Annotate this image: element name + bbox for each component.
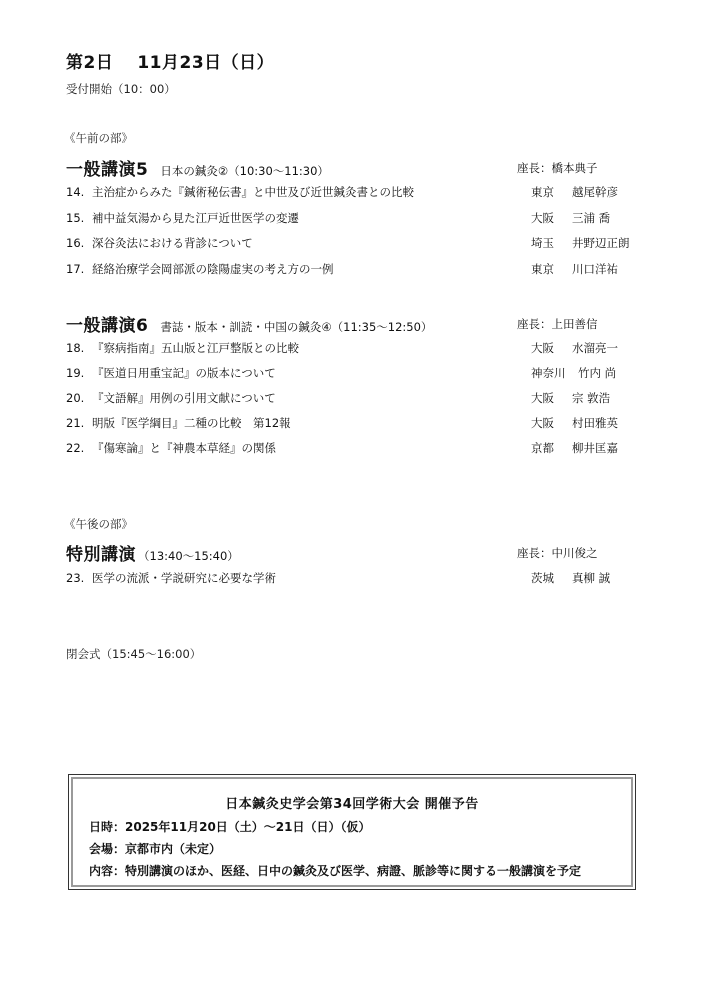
talk-title-text: 主治症からみた『鍼術秘伝書』と中世及び近世鍼灸書との比較 bbox=[92, 185, 414, 199]
notice-inner-frame: 日本鍼灸史学会第34回学術大会 開催予告 日時：2025年11月20日（土）～2… bbox=[71, 777, 633, 887]
talk-title-text: 経絡治療学会岡部派の陰陽虚実の考え方の一例 bbox=[92, 262, 334, 276]
presenter-location: 茨城 bbox=[531, 570, 554, 586]
notice-date: 日時：2025年11月20日（土）～21日（日）（仮） bbox=[89, 818, 371, 835]
session-name: 一般講演5 bbox=[66, 160, 148, 180]
session-5-heading: 一般講演5日本の鍼灸②（10:30～11:30） bbox=[66, 155, 329, 180]
afternoon-part-label: 《午後の部》 bbox=[64, 516, 133, 532]
presenter-name: 宗 敦浩 bbox=[572, 390, 610, 406]
reception-time: 受付開始（10：00） bbox=[66, 81, 176, 97]
talk-title-text: 『文語解』用例の引用文献について bbox=[92, 391, 276, 405]
presenter-name: 越尾幹彦 bbox=[572, 184, 618, 200]
presenter-name: 村田雅英 bbox=[572, 415, 618, 431]
talk-number: 21. bbox=[66, 416, 92, 430]
session-subtitle: 日本の鍼灸②（10:30～11:30） bbox=[160, 164, 329, 178]
next-meeting-notice: 日本鍼灸史学会第34回学術大会 開催予告 日時：2025年11月20日（土）～2… bbox=[68, 774, 636, 890]
presenter-location: 埼玉 bbox=[531, 235, 554, 251]
talk-title: 14.主治症からみた『鍼術秘伝書』と中世及び近世鍼灸書との比較 bbox=[66, 184, 414, 200]
day-heading: 第2日11月23日（日） bbox=[66, 48, 274, 73]
special-lecture-heading: 特別講演（13:40～15:40） bbox=[66, 540, 239, 565]
presenter-name: 水溜亮一 bbox=[572, 340, 618, 356]
presenter-name: 川口洋祐 bbox=[572, 261, 618, 277]
talk-number: 16. bbox=[66, 236, 92, 250]
presenter-location: 大阪 bbox=[531, 415, 554, 431]
presenter-location: 京都 bbox=[531, 440, 554, 456]
presenter-location: 東京 bbox=[531, 184, 554, 200]
talk-number: 15. bbox=[66, 211, 92, 225]
talk-title-text: 深谷灸法における背診について bbox=[92, 236, 253, 250]
talk-title: 16.深谷灸法における背診について bbox=[66, 235, 253, 251]
talk-title-text: 医学の流派・学説研究に必要な学術 bbox=[92, 571, 276, 585]
talk-title: 18.『察病指南』五山版と江戸整版との比較 bbox=[66, 340, 299, 356]
talk-number: 22. bbox=[66, 441, 92, 455]
session-subtitle: 書誌・版本・訓読・中国の鍼灸④（11:35～12:50） bbox=[160, 320, 432, 334]
presenter-location: 大阪 bbox=[531, 340, 554, 356]
talk-title-text: 『察病指南』五山版と江戸整版との比較 bbox=[92, 341, 299, 355]
presenter-name: 柳井匡嘉 bbox=[572, 440, 618, 456]
talk-title: 21.明版『医学綱目』二種の比較 第12報 bbox=[66, 415, 291, 431]
talk-title: 22.『傷寒論』と『神農本草経』の関係 bbox=[66, 440, 276, 456]
talk-title-text: 『傷寒論』と『神農本草経』の関係 bbox=[92, 441, 276, 455]
session-chair: 座長：中川俊之 bbox=[517, 545, 598, 561]
presenter-location: 神奈川 bbox=[531, 365, 566, 381]
presenter-location: 東京 bbox=[531, 261, 554, 277]
talk-number: 18. bbox=[66, 341, 92, 355]
talk-title: 17.経絡治療学会岡部派の陰陽虚実の考え方の一例 bbox=[66, 261, 334, 277]
talk-title-text: 補中益気湯から見た江戸近世医学の変遷 bbox=[92, 211, 299, 225]
notice-content: 内容：特別講演のほか、医経、日中の鍼灸及び医学、病證、脈診等に関する一般講演を予… bbox=[89, 862, 581, 879]
talk-number: 20. bbox=[66, 391, 92, 405]
presenter-location: 大阪 bbox=[531, 390, 554, 406]
session-subtitle: （13:40～15:40） bbox=[138, 549, 239, 563]
notice-venue: 会場：京都市内（未定） bbox=[89, 840, 221, 857]
notice-title: 日本鍼灸史学会第34回学術大会 開催予告 bbox=[73, 793, 631, 812]
session-chair: 座長：上田善信 bbox=[517, 316, 598, 332]
presenter-name: 竹内 尚 bbox=[578, 365, 616, 381]
session-name: 一般講演6 bbox=[66, 316, 148, 336]
session-6-heading: 一般講演6書誌・版本・訓読・中国の鍼灸④（11:35～12:50） bbox=[66, 311, 432, 336]
talk-title: 20.『文語解』用例の引用文献について bbox=[66, 390, 276, 406]
talk-title-text: 『医道日用重宝記』の版本について bbox=[92, 366, 276, 380]
talk-title-text: 明版『医学綱目』二種の比較 第12報 bbox=[92, 416, 291, 430]
talk-number: 17. bbox=[66, 262, 92, 276]
talk-number: 14. bbox=[66, 185, 92, 199]
day-label: 第2日 bbox=[66, 53, 113, 73]
day-date: 11月23日（日） bbox=[137, 53, 274, 73]
talk-number: 19. bbox=[66, 366, 92, 380]
talk-title: 23.医学の流派・学説研究に必要な学術 bbox=[66, 570, 276, 586]
morning-part-label: 《午前の部》 bbox=[64, 130, 133, 146]
presenter-location: 大阪 bbox=[531, 210, 554, 226]
talk-number: 23. bbox=[66, 571, 92, 585]
presenter-name: 三浦 喬 bbox=[572, 210, 610, 226]
session-name: 特別講演 bbox=[66, 545, 136, 565]
presenter-name: 真柳 誠 bbox=[572, 570, 610, 586]
presenter-name: 井野辺正朗 bbox=[572, 235, 630, 251]
session-chair: 座長：橋本典子 bbox=[517, 160, 598, 176]
talk-title: 19.『医道日用重宝記』の版本について bbox=[66, 365, 276, 381]
closing-ceremony: 閉会式（15:45～16:00） bbox=[66, 646, 201, 662]
talk-title: 15.補中益気湯から見た江戸近世医学の変遷 bbox=[66, 210, 299, 226]
